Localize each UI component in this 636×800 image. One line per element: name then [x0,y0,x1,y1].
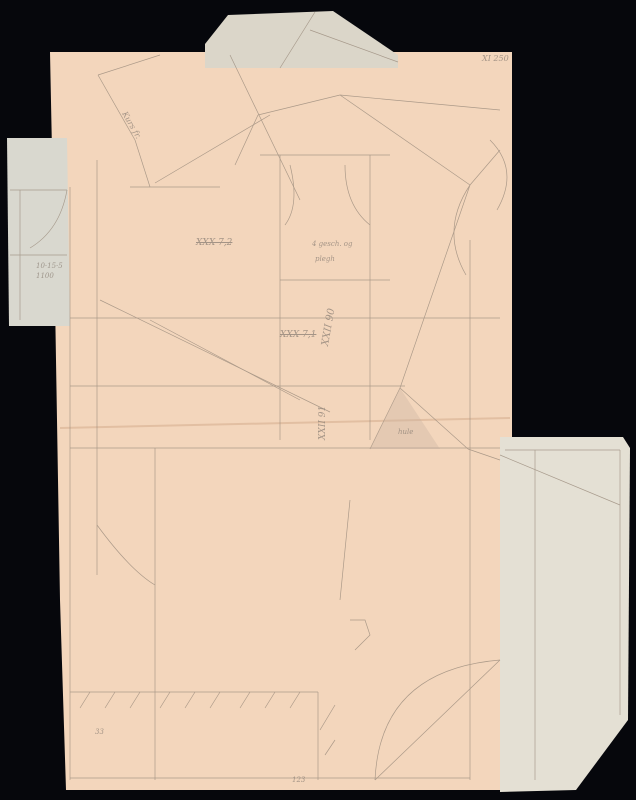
right-pasted-flap [500,437,630,792]
drawing-svg [0,0,636,800]
bottom-left-number: 33 [95,728,104,736]
rotated-note-2: XXII 91 [318,406,328,440]
triangle-note: hule [398,428,413,436]
center-note-line2: plegh [315,255,335,263]
pasted-left-numbers-1: 10·15·5 [36,262,63,270]
bottom-measure: 123 [292,776,305,784]
drawing-canvas: XI 250 XXX 7,2 XXX 7,1 XXII 90 XXII 91 1… [0,0,636,800]
strike-note-1: XXX 7,2 [196,238,232,248]
pasted-left-numbers-2: 1100 [36,272,54,280]
center-note-line1: 4 gesch. og [312,240,352,248]
strike-note-2: XXX 7,1 [280,330,316,340]
top-pasted-flap [205,11,398,68]
left-pasted-flap [7,138,70,326]
main-paper-sheet [50,52,512,790]
catalog-number: XI 250 [482,54,509,63]
